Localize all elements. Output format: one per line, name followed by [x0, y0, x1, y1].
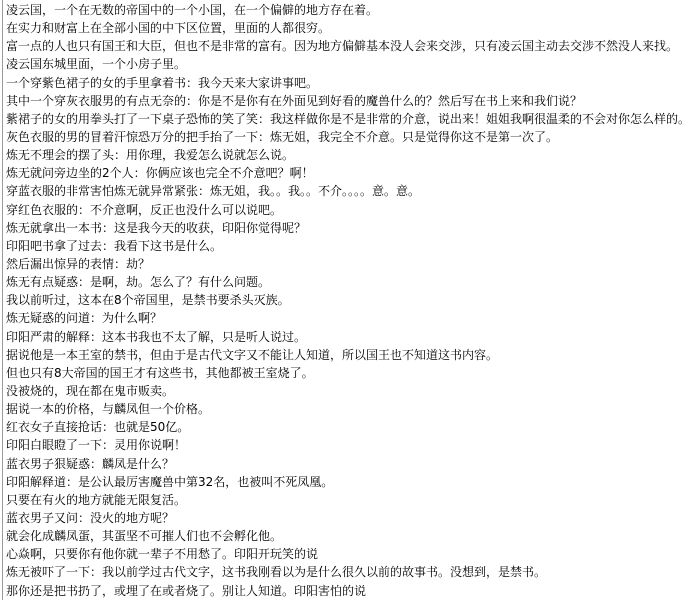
text-line: 炼无就拿出一本书：这是我今天的收获，印阳你觉得呢？	[6, 219, 694, 237]
text-line: 穿蓝衣服的非常害怕炼无就异常紧张：炼无姐，我。。我。。不介。。。。意。意。	[6, 182, 694, 200]
text-line: 凌云国东城里面，一个小房子里。	[6, 55, 694, 73]
text-line: 在实力和财富上在全部小国的中下区位置，里面的人都很穷。	[6, 19, 694, 37]
text-line: 蓝衣男子又问：没火的地方呢？	[6, 509, 694, 527]
text-line: 印阳严肃的解释：这本书我也不太了解，只是听人说过。	[6, 328, 694, 346]
text-line: 印阳白眼瞪了一下：灵用你说啊！	[6, 436, 694, 454]
text-line: 炼无疑惑的问道：为什么啊？	[6, 309, 694, 327]
text-line: 灰色衣服的男的冒着汗惊恐万分的把手抬了一下：炼无姐，我完全不介意。只是觉得你这不…	[6, 128, 694, 146]
text-line: 据说一本的价格，与麟凤但一个价格。	[6, 400, 694, 418]
text-line: 但也只有8大帝国的国王才有这些书，其他都被王室烧了。	[6, 364, 694, 382]
text-line: 炼无就问旁边坐的2个人：你俩应该也完全不介意吧？啊！	[6, 164, 694, 182]
text-line: 心焱啊，只要你有他你就一辈子不用愁了。印阳开玩笑的说	[6, 545, 694, 563]
text-line: 凌云国，一个在无数的帝国中的一个小国，在一个偏僻的地方存在着。	[6, 1, 694, 19]
text-line: 红衣女子直接抢话：也就是50亿。	[6, 418, 694, 436]
text-line: 据说他是一本王室的禁书，但由于是古代文字又不能让人知道，所以国王也不知道这书内容…	[6, 346, 694, 364]
text-line: 富一点的人也只有国王和大臣，但也不是非常的富有。因为地方偏僻基本没人会来交涉，只…	[6, 37, 694, 55]
text-line: 我以前听过，这本在8个帝国里，是禁书要杀头灭族。	[6, 291, 694, 309]
text-line: 印阳解释道：是公认最厉害魔兽中第32名，也被叫不死凤凰。	[6, 473, 694, 491]
text-line: 蓝衣男子狠疑惑：麟凤是什么？	[6, 455, 694, 473]
text-line: 印阳吧书拿了过去：我看下这书是什么。	[6, 237, 694, 255]
text-line: 穿红色衣服的：不介意啊，反正也没什么可以说吧。	[6, 201, 694, 219]
text-line: 炼无有点疑惑：是啊，劫。怎么了？有什么问题。	[6, 273, 694, 291]
text-line: 其中一个穿灰衣服男的有点无奈的：你是不是你有在外面见到好看的魔兽什么的？然后写在…	[6, 92, 694, 110]
text-line: 紫裙子的女的用拳头打了一下桌子恐怖的笑了笑：我这样做你是不是非常的介意，说出来！…	[6, 110, 694, 128]
text-document-page: 凌云国，一个在无数的帝国中的一个小国，在一个偏僻的地方存在着。在实力和财富上在全…	[2, 0, 694, 600]
text-line: 那你还是把书扔了，或埋了在或者烧了。别让人知道。印阳害怕的说	[6, 582, 694, 600]
text-line: 就会化成麟凤蛋，其蛋坚不可摧人们也不会孵化他。	[6, 527, 694, 545]
text-line: 没被烧的，现在都在鬼市贩卖。	[6, 382, 694, 400]
text-line: 然后漏出惊异的表情：劫？	[6, 255, 694, 273]
story-text-block: 凌云国，一个在无数的帝国中的一个小国，在一个偏僻的地方存在着。在实力和财富上在全…	[6, 1, 694, 600]
text-line: 一个穿紫色裙子的女的手里拿着书：我今天来大家讲事吧。	[6, 74, 694, 92]
text-line: 炼无被吓了一下：我以前学过古代文字，这书我刚看以为是什么很久以前的故事书。没想到…	[6, 563, 694, 581]
text-line: 只要在有火的地方就能无限复活。	[6, 491, 694, 509]
text-line: 炼无不理会的摆了头：用你理，我爱怎么说就怎么说。	[6, 146, 694, 164]
